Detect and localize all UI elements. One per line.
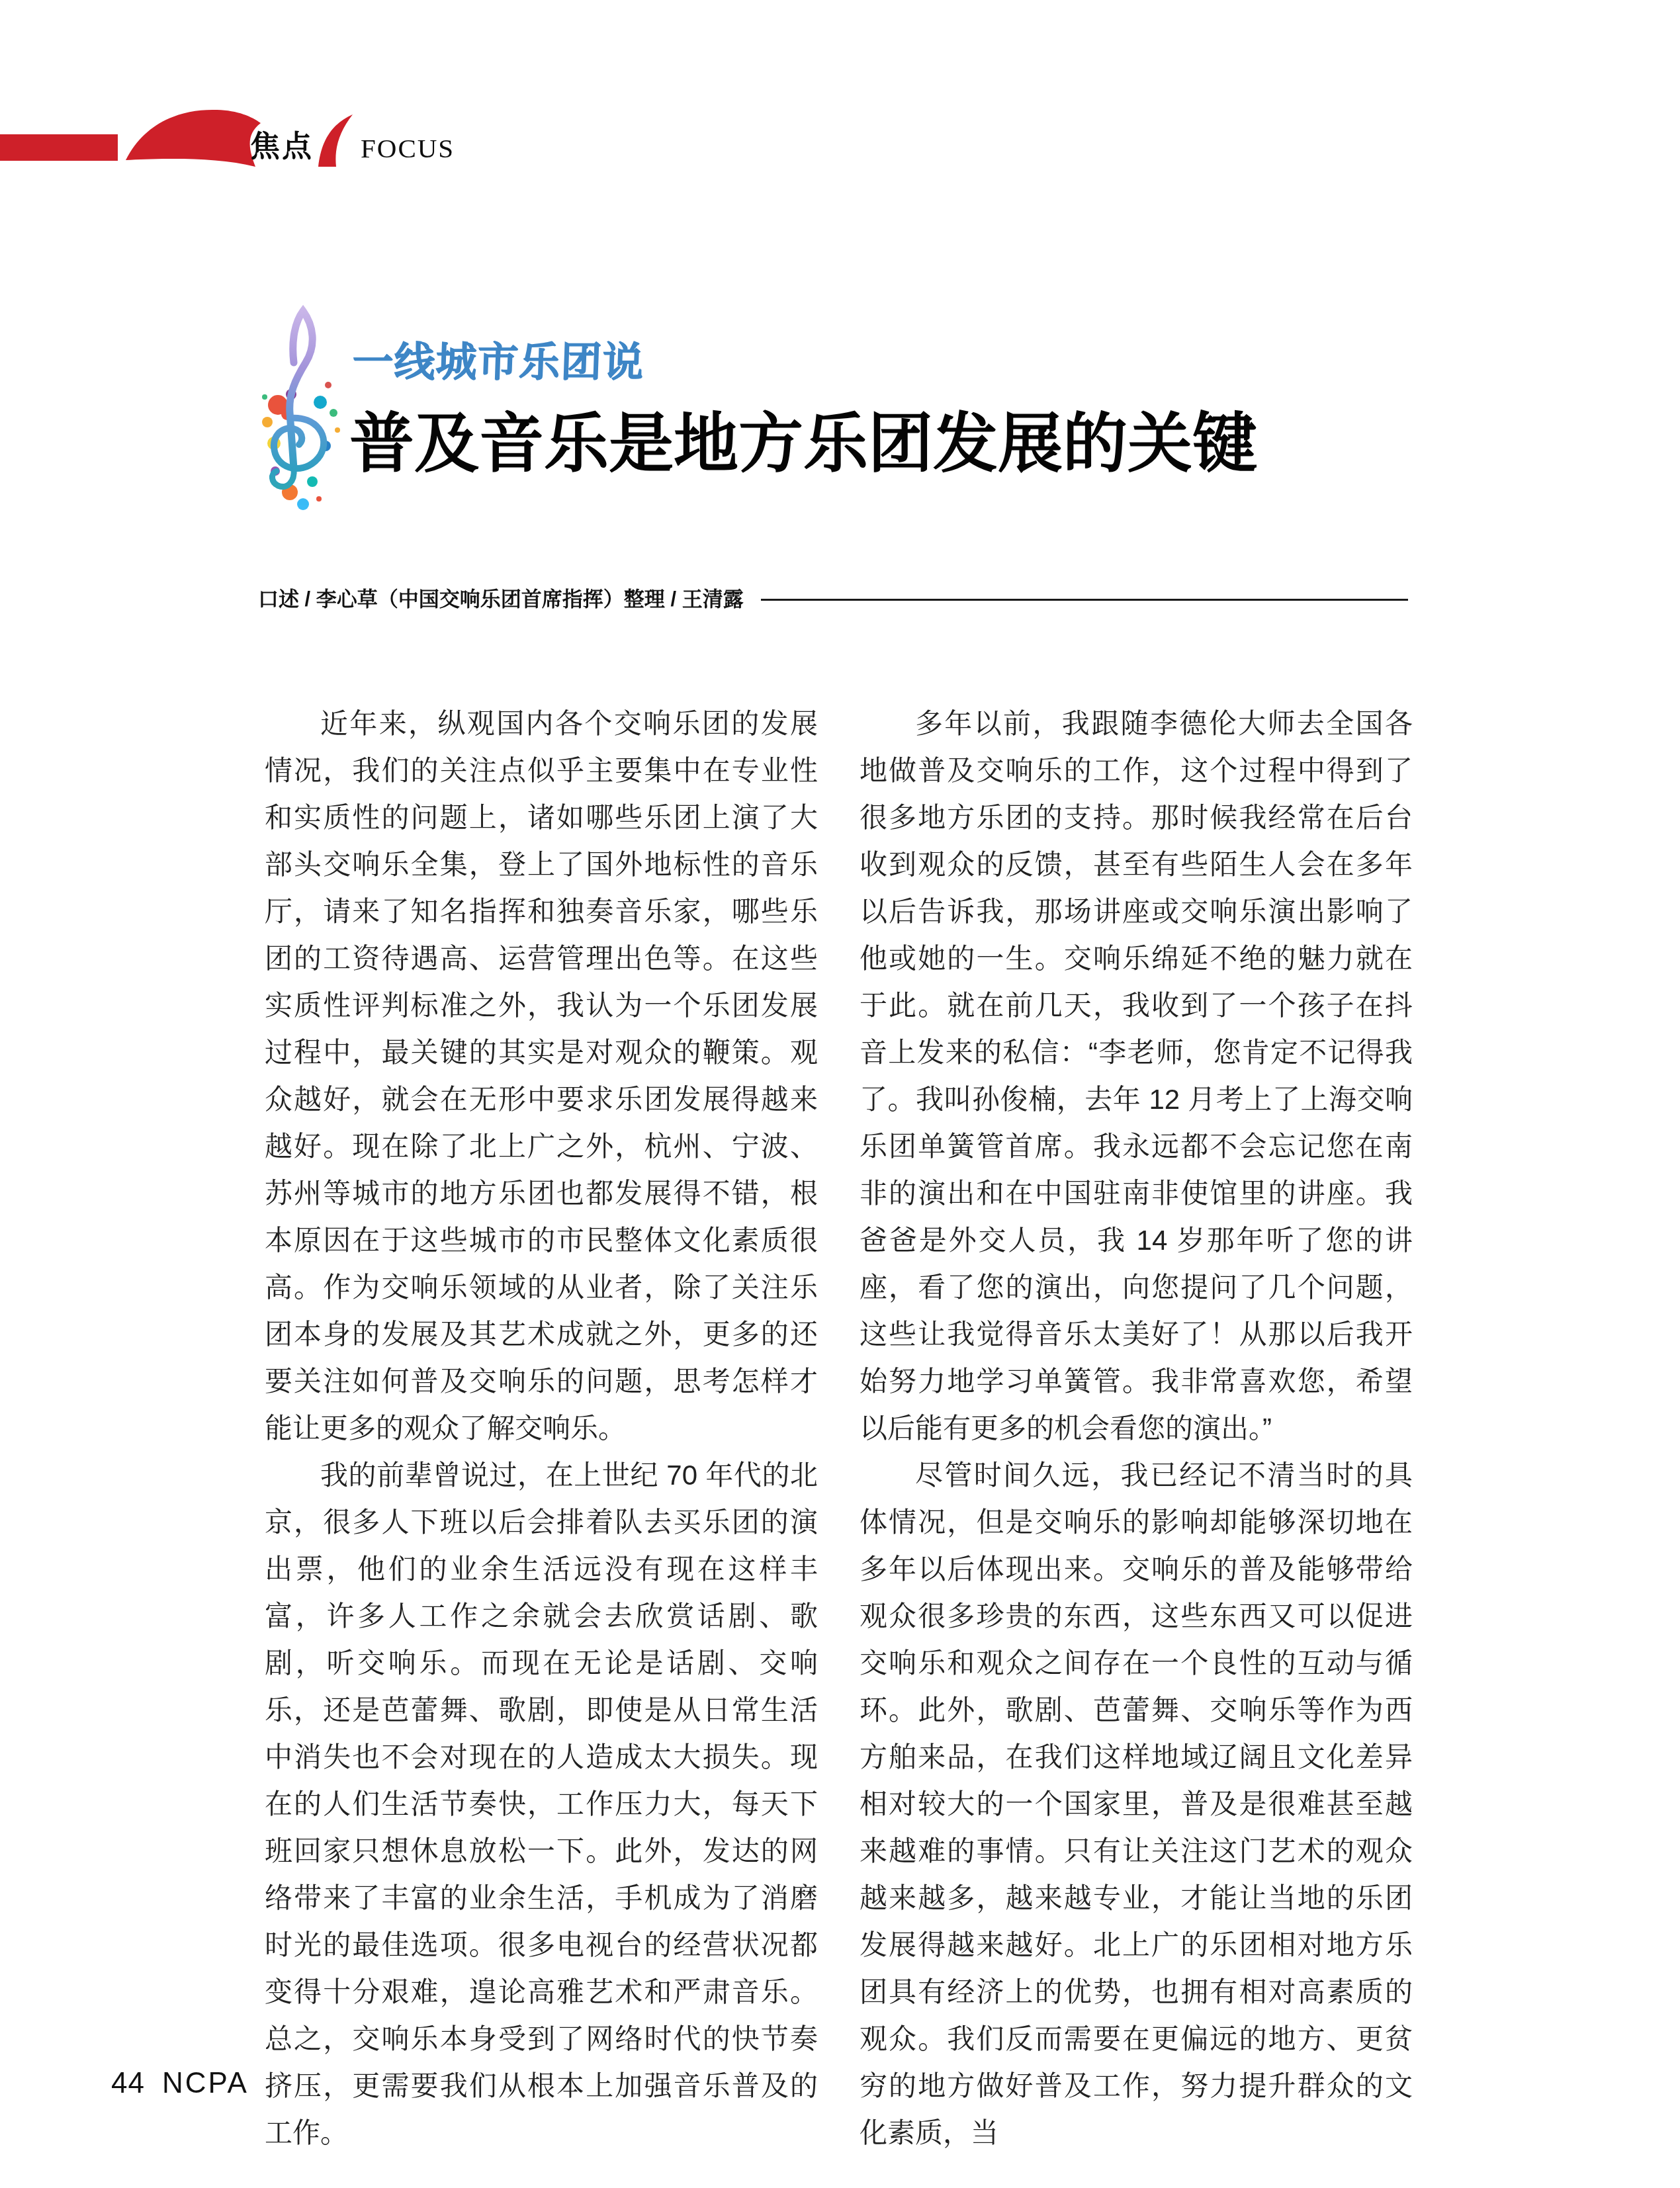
paragraph: 尽管时间久远，我已经记不清当时的具体情况，但是交响乐的影响却能够深切地在多年以后… — [860, 1452, 1413, 2156]
paragraph: 我的前辈曾说过，在上世纪 70 年代的北京，很多人下班以后会排着队去买乐团的演出… — [265, 1452, 818, 2156]
byline: 口述 / 李心草（中国交响乐团首席指挥）整理 / 王清露 — [258, 586, 744, 613]
section-label-en: FOCUS — [361, 135, 455, 162]
section-label-cn: 焦点 — [250, 132, 314, 161]
header-tail-shape — [316, 112, 355, 167]
paragraph: 多年以前，我跟随李德伦大师去全国各地做普及交响乐的工作，这个过程中得到了很多地方… — [860, 700, 1413, 1452]
magazine-page: 焦点 FOCUS — [0, 0, 1680, 2188]
page-number: 44 — [111, 2067, 145, 2099]
left-column: 近年来，纵观国内各个交响乐团的发展情况，我们的关注点似乎主要集中在专业性和实质性… — [265, 700, 818, 2156]
byline-rule — [761, 599, 1408, 601]
right-column: 多年以前，我跟随李德伦大师去全国各地做普及交响乐的工作，这个过程中得到了很多地方… — [860, 700, 1413, 2156]
series-title: 一线城市乐团说 — [351, 340, 644, 385]
page-footer: 44NCPA — [111, 2067, 249, 2100]
header-red-bar — [0, 134, 118, 161]
header-swoosh-shape — [120, 103, 266, 169]
treble-clef-icon — [255, 304, 349, 517]
byline-row: 口述 / 李心草（中国交响乐团首席指挥）整理 / 王清露 — [258, 586, 1409, 613]
paragraph: 近年来，纵观国内各个交响乐团的发展情况，我们的关注点似乎主要集中在专业性和实质性… — [265, 700, 818, 1452]
brand-label: NCPA — [162, 2067, 249, 2099]
article-body: 近年来，纵观国内各个交响乐团的发展情况，我们的关注点似乎主要集中在专业性和实质性… — [265, 700, 1413, 2156]
article-title: 普及音乐是地方乐团发展的关键 — [349, 409, 1257, 482]
